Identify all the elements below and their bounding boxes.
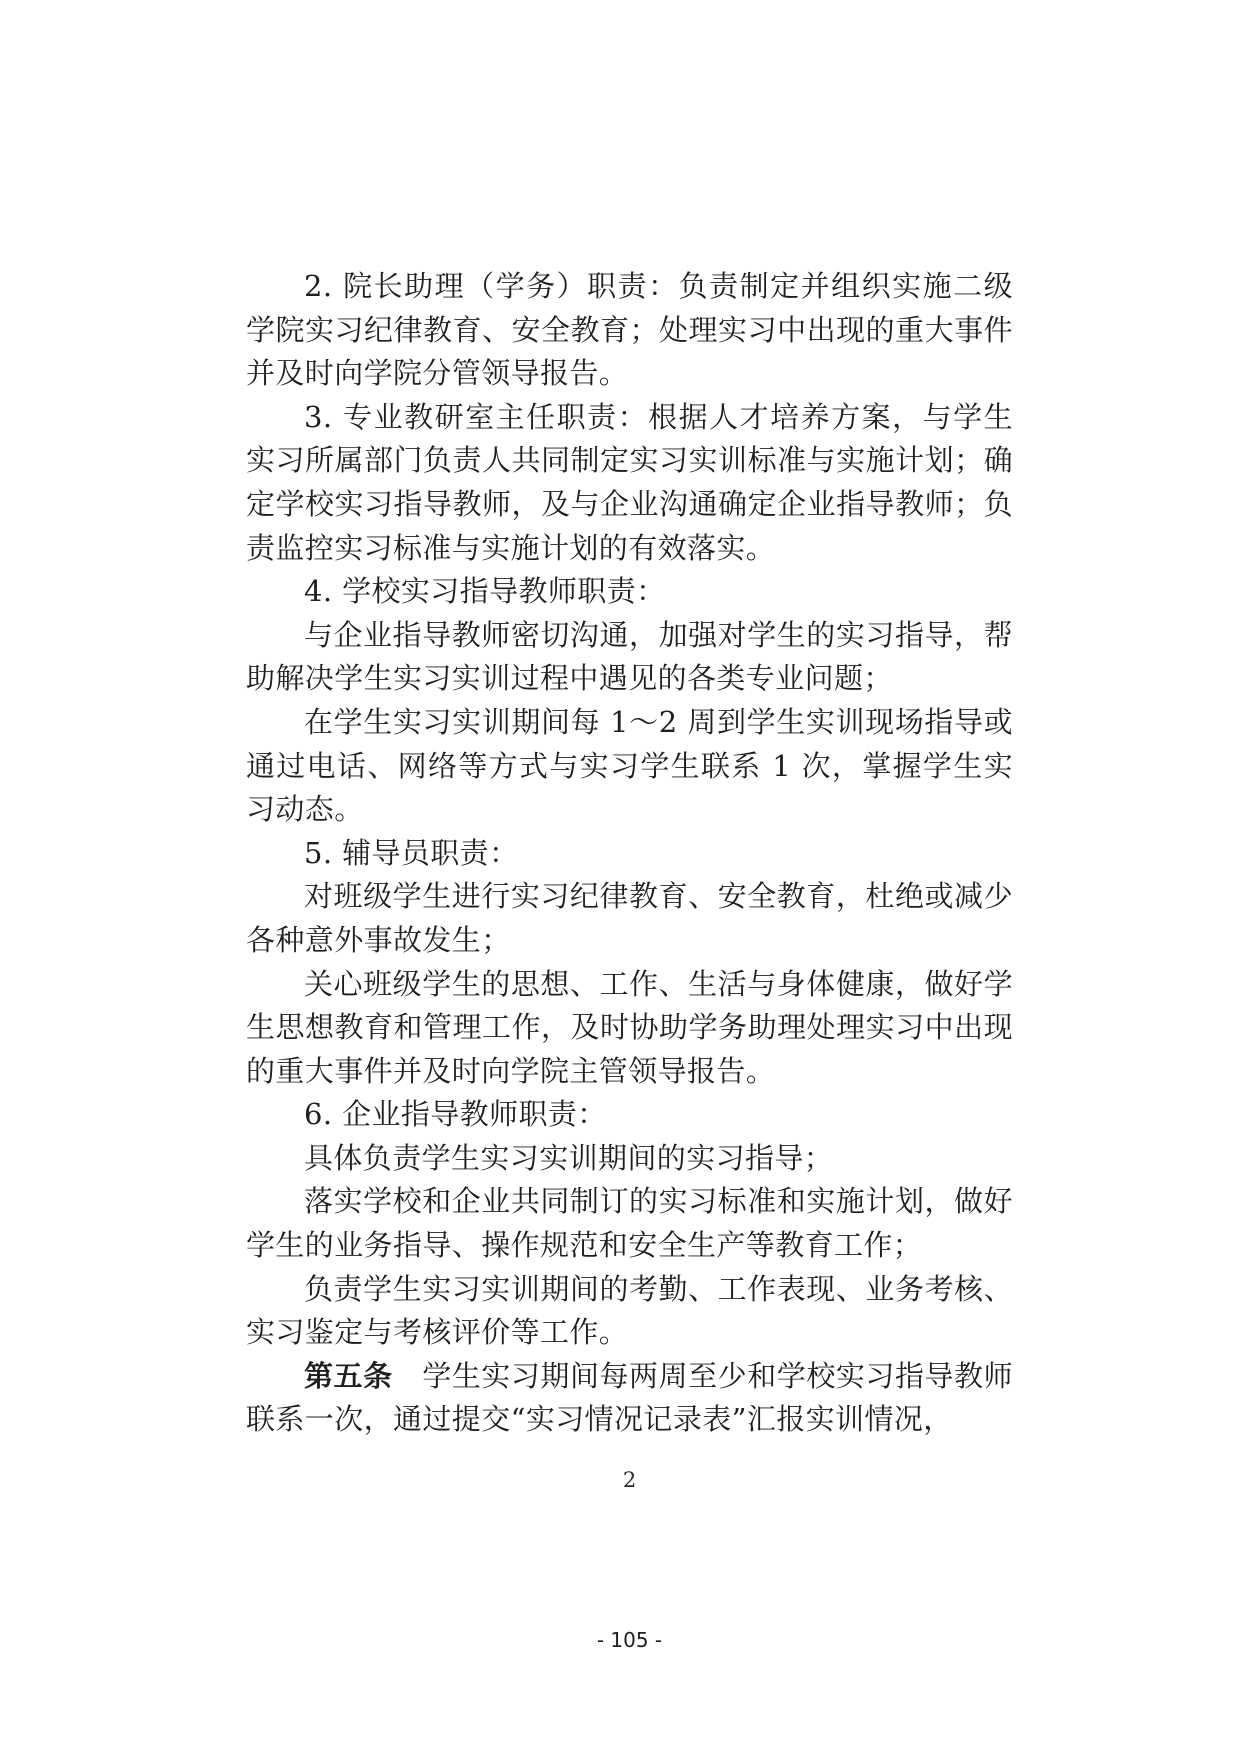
paragraph-8: 关心班级学生的思想、工作、生活与身体健康，做好学生思想教育和管理工作，及时协助学…	[246, 963, 1013, 1094]
paragraph-text: 在学生实习实训期间每 1～2 周到学生实训现场指导或通过电话、网络等方式与实习学…	[246, 705, 1013, 826]
paragraph-2: 3. 专业教研室主任职责：根据人才培养方案，与学生实习所属部门负责人共同制定实习…	[246, 396, 1013, 570]
paragraph-5: 在学生实习实训期间每 1～2 周到学生实训现场指导或通过电话、网络等方式与实习学…	[246, 701, 1013, 832]
paragraph-1: 2. 院长助理（学务）职责：负责制定并组织实施二级学院实习纪律教育、安全教育；处…	[246, 265, 1013, 396]
paragraph-text: 关心班级学生的思想、工作、生活与身体健康，做好学生思想教育和管理工作，及时协助学…	[246, 967, 1013, 1088]
inner-page-number: 2	[246, 1468, 1013, 1492]
paragraph-10: 具体负责学生实习实训期间的实习指导；	[246, 1137, 1013, 1181]
paragraph-text: 4. 学校实习指导教师职责：	[304, 574, 666, 608]
paragraph-13: 第五条 学生实习期间每两周至少和学校实习指导教师联系一次，通过提交“实习情况记录…	[246, 1355, 1013, 1442]
paragraph-4: 与企业指导教师密切沟通，加强对学生的实习指导，帮助解决学生实习实训过程中遇见的各…	[246, 614, 1013, 701]
document-body: 2. 院长助理（学务）职责：负责制定并组织实施二级学院实习纪律教育、安全教育；处…	[246, 265, 1013, 1442]
paragraph-text: 具体负责学生实习实训期间的实习指导；	[304, 1141, 833, 1175]
paragraph-12: 负责学生实习实训期间的考勤、工作表现、业务考核、实习鉴定与考核评价等工作。	[246, 1268, 1013, 1355]
paragraph-11: 落实学校和企业共同制订的实习标准和实施计划，做好学生的业务指导、操作规范和安全生…	[246, 1180, 1013, 1267]
paragraph-text: 2. 院长助理（学务）职责：负责制定并组织实施二级学院实习纪律教育、安全教育；处…	[246, 269, 1013, 390]
paragraph-text: 负责学生实习实训期间的考勤、工作表现、业务考核、实习鉴定与考核评价等工作。	[246, 1272, 1013, 1350]
paragraph-9: 6. 企业指导教师职责：	[246, 1093, 1013, 1137]
document-page: 2. 院长助理（学务）职责：负责制定并组织实施二级学院实习纪律教育、安全教育；处…	[0, 0, 1240, 1753]
paragraph-text: 3. 专业教研室主任职责：根据人才培养方案，与学生实习所属部门负责人共同制定实习…	[246, 400, 1013, 565]
paragraph-3: 4. 学校实习指导教师职责：	[246, 570, 1013, 614]
paragraph-text: 与企业指导教师密切沟通，加强对学生的实习指导，帮助解决学生实习实训过程中遇见的各…	[246, 618, 1013, 696]
paragraph-text: 落实学校和企业共同制订的实习标准和实施计划，做好学生的业务指导、操作规范和安全生…	[246, 1184, 1013, 1262]
paragraph-text: 6. 企业指导教师职责：	[304, 1097, 607, 1131]
paragraph-6: 5. 辅导员职责：	[246, 832, 1013, 876]
paragraph-text: 5. 辅导员职责：	[304, 836, 519, 870]
paragraph-7: 对班级学生进行实习纪律教育、安全教育，杜绝或减少各种意外事故发生；	[246, 875, 1013, 962]
footer-page-number: - 105 -	[246, 1628, 1013, 1652]
paragraph-text: 对班级学生进行实习纪律教育、安全教育，杜绝或减少各种意外事故发生；	[246, 879, 1013, 957]
article-number: 第五条	[304, 1359, 393, 1393]
